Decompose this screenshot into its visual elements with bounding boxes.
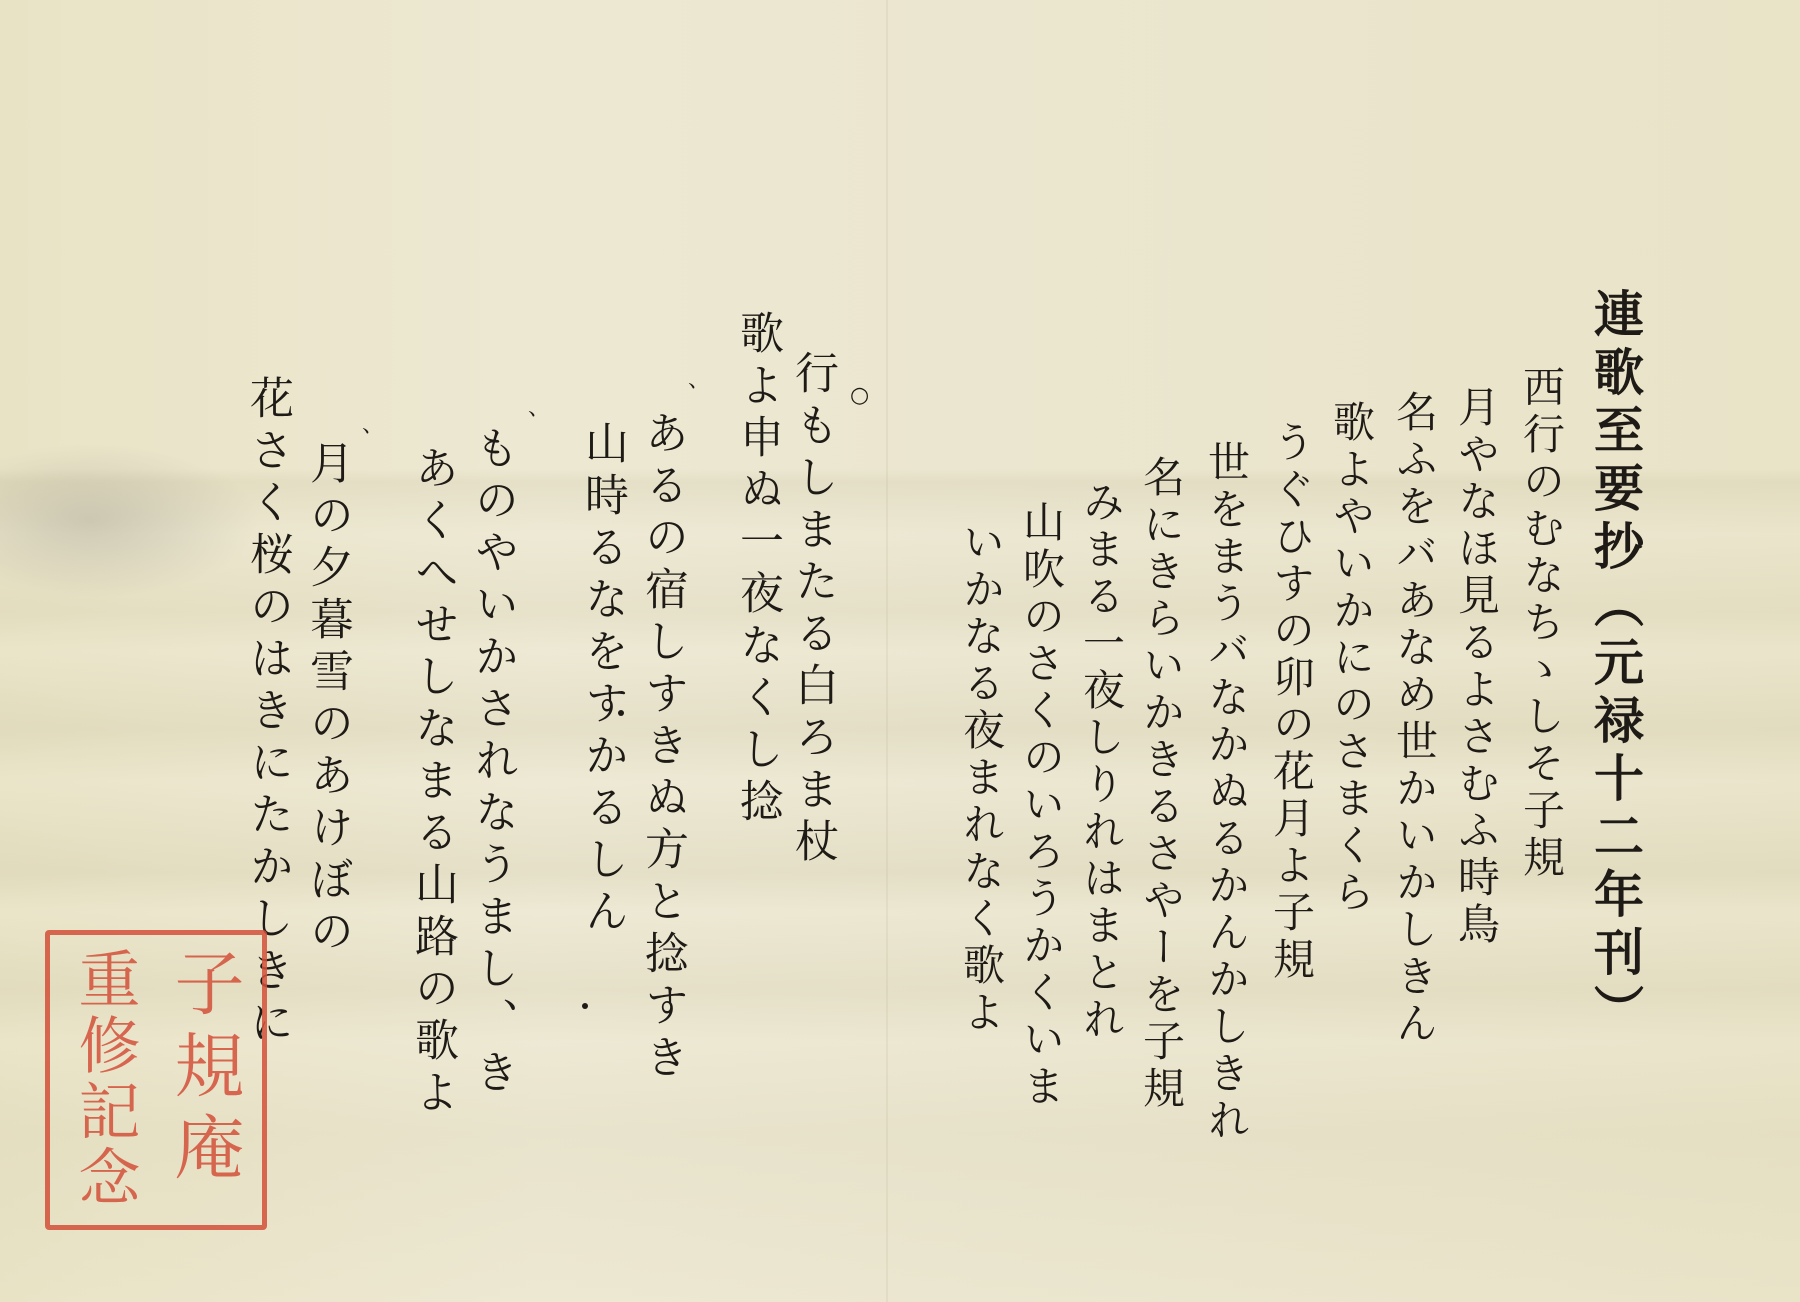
- verse-line: あくへせしなまる山路の歌よ: [410, 445, 454, 1121]
- body-line: 名ふをバあなめ世かいかしきん: [1393, 390, 1435, 1048]
- verse-mark: 、: [528, 398, 550, 420]
- red-seal-stamp: 子規庵 重修記念: [45, 930, 267, 1230]
- body-line: 世をまうバなかぬるかんかしきれ: [1205, 440, 1247, 1145]
- verse-line: 歌よ申ぬ一夜なくし捻: [735, 310, 779, 830]
- body-line: いかなる夜まれなく歌よ: [960, 520, 1002, 1037]
- verse-line: ものやいかされなうまし、き: [470, 425, 514, 1101]
- body-line: 歌よやいかにのさまくら: [1330, 400, 1372, 917]
- body-line: 名にきらいかきるさやーを子規: [1140, 455, 1182, 1113]
- verse-line: あるの宿しすきぬ方と捻すき: [640, 410, 684, 1086]
- verse-line: 月の夕暮雪のあけぼの: [305, 440, 349, 960]
- verse-line: 行もしまたる白ろま杖: [790, 350, 834, 870]
- body-line: みまる一夜しりれはまとれ: [1080, 480, 1122, 1044]
- seal-text-left: 重修記念: [73, 947, 135, 1211]
- ink-dot: [618, 710, 624, 716]
- verse-mark: 、: [362, 415, 384, 437]
- paper-fold-line: [886, 0, 888, 1302]
- document-title: 連歌至要抄（元禄十二年刊）: [1590, 288, 1640, 1042]
- ink-dot: [582, 1003, 588, 1009]
- seal-text-right: 子規庵: [169, 947, 239, 1193]
- body-line: 山吹のさくのいろうかくいま: [1020, 500, 1062, 1111]
- body-line: うぐひすの卯の花月よ子規: [1270, 420, 1312, 984]
- body-line: 月やなほ見るよさむふ時鳥: [1455, 385, 1497, 949]
- body-line: 西行のむなちゝしそ子規: [1520, 365, 1562, 882]
- calligraphy-paper: 連歌至要抄（元禄十二年刊） 西行のむなちゝしそ子規 月やなほ見るよさむふ時鳥 名…: [0, 0, 1800, 1302]
- verse-line: 山時るなをすかるしん: [580, 420, 624, 940]
- verse-mark: ○: [850, 385, 869, 407]
- verse-mark: 、: [688, 370, 710, 392]
